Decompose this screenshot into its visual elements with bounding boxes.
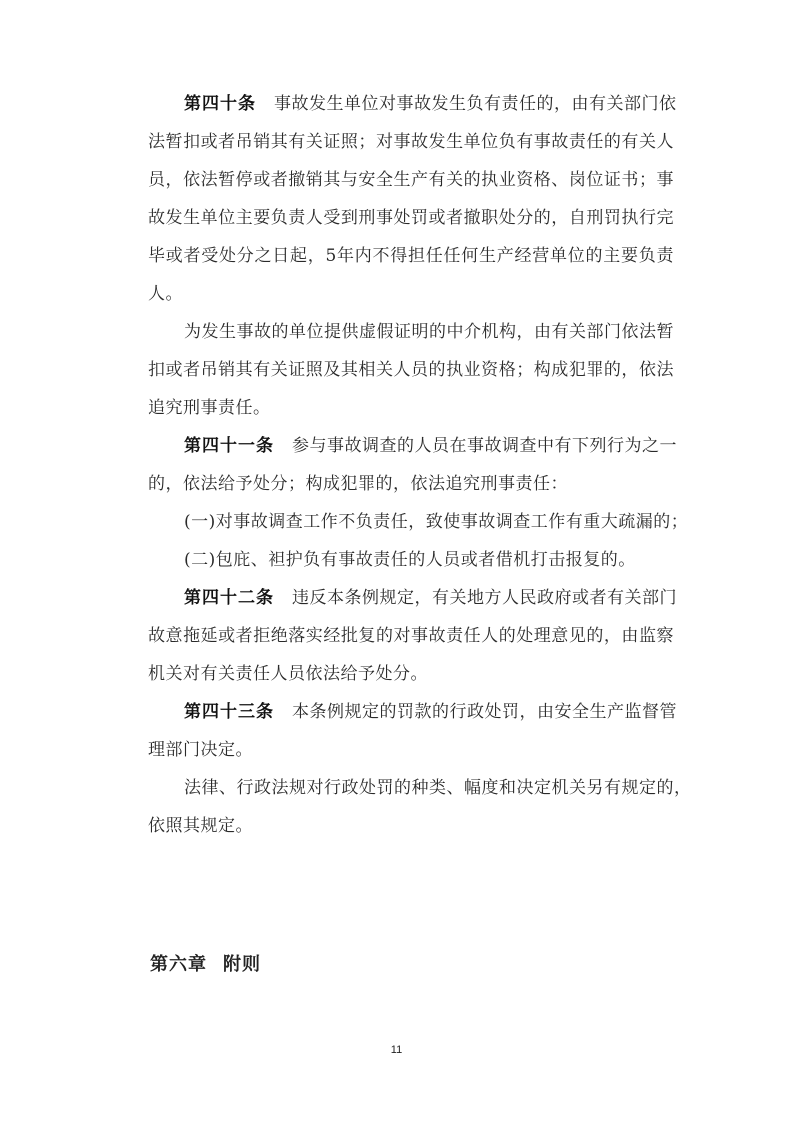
chapter-number: 第六章 bbox=[150, 954, 207, 975]
article-41-item-1: (一)对事故调查工作不负责任，致使事故调查工作有重大疏漏的； bbox=[148, 503, 674, 541]
document-body: 第四十条事故发生单位对事故发生负有责任的，由有关部门依 法暂扣或者吊销其有关证照… bbox=[148, 85, 674, 845]
article-42-line-2: 故意拖延或者拒绝落实经批复的对事故责任人的处理意见的，由监察 bbox=[148, 617, 674, 655]
article-42-line-1: 第四十二条违反本条例规定，有关地方人民政府或者有关部门 bbox=[148, 579, 674, 617]
article-40-line-3: 员，依法暂停或者撤销其与安全生产有关的执业资格、岗位证书；事 bbox=[148, 161, 674, 199]
article-label: 第四十三条 bbox=[184, 702, 274, 722]
page-number: 11 bbox=[0, 1044, 793, 1056]
article-42-line-3: 机关对有关责任人员依法给予处分。 bbox=[148, 655, 674, 693]
article-40-para2-line-3: 追究刑事责任。 bbox=[148, 389, 674, 427]
article-label: 第四十一条 bbox=[184, 436, 274, 456]
article-40-line-6: 人。 bbox=[148, 275, 674, 313]
article-40-line-2: 法暂扣或者吊销其有关证照；对事故发生单位负有事故责任的有关人 bbox=[148, 123, 674, 161]
article-43-para2-line-2: 依照其规定。 bbox=[148, 807, 674, 845]
article-43-para2-line-1: 法律、行政法规对行政处罚的种类、幅度和决定机关另有规定的， bbox=[148, 769, 674, 807]
article-40-line-4: 故发生单位主要负责人受到刑事处罚或者撤职处分的，自刑罚执行完 bbox=[148, 199, 674, 237]
article-40-line-5: 毕或者受处分之日起，5年内不得担任任何生产经营单位的主要负责 bbox=[148, 237, 674, 275]
article-label: 第四十二条 bbox=[184, 588, 274, 608]
article-41-item-2: (二)包庇、袒护负有事故责任的人员或者借机打击报复的。 bbox=[148, 541, 674, 579]
article-43-line-1: 第四十三条本条例规定的罚款的行政处罚，由安全生产监督管 bbox=[148, 693, 674, 731]
article-41-line-1: 第四十一条参与事故调查的人员在事故调查中有下列行为之一 bbox=[148, 427, 674, 465]
chapter-heading: 第六章附则 bbox=[150, 950, 261, 976]
article-label: 第四十条 bbox=[184, 94, 256, 114]
chapter-title: 附则 bbox=[223, 954, 261, 975]
article-41-line-2: 的，依法给予处分；构成犯罪的，依法追究刑事责任： bbox=[148, 465, 674, 503]
article-40-line-1: 第四十条事故发生单位对事故发生负有责任的，由有关部门依 bbox=[148, 85, 674, 123]
article-40-para2-line-2: 扣或者吊销其有关证照及其相关人员的执业资格；构成犯罪的，依法 bbox=[148, 351, 674, 389]
article-43-line-2: 理部门决定。 bbox=[148, 731, 674, 769]
article-40-para2-line-1: 为发生事故的单位提供虚假证明的中介机构，由有关部门依法暂 bbox=[148, 313, 674, 351]
